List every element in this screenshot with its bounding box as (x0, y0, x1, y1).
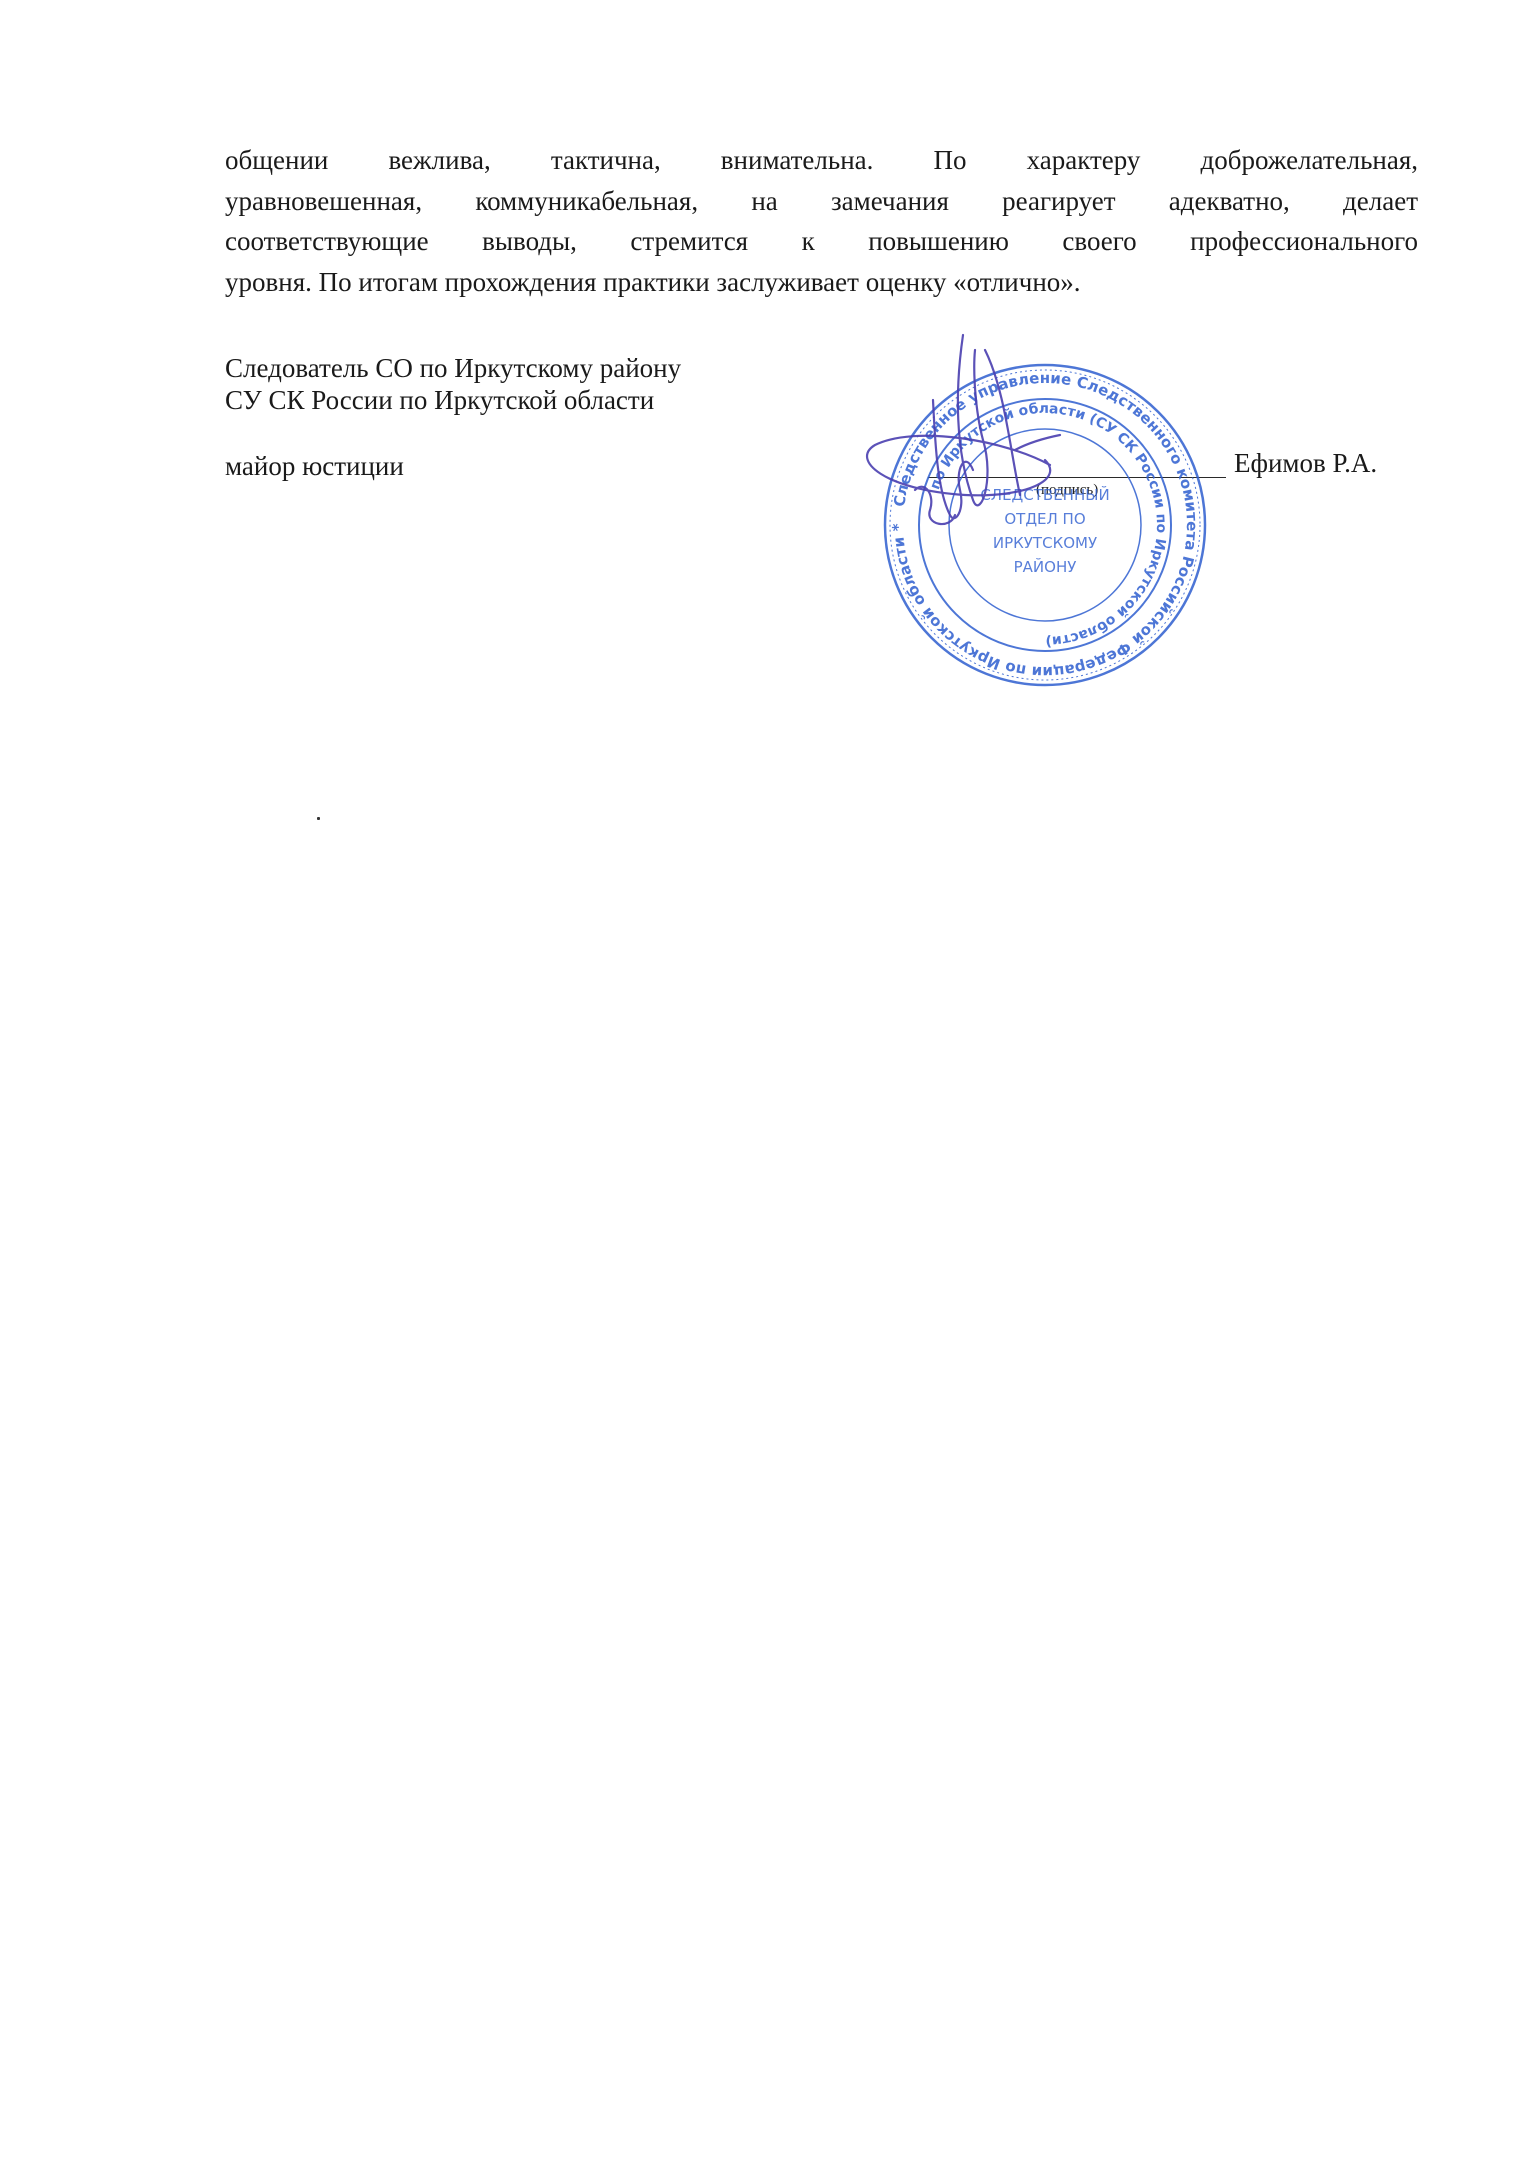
signatory-position-line1: Следователь СО по Иркутскому району (225, 352, 681, 384)
paragraph-line: уровня. По итогам прохождения практики з… (225, 262, 1418, 303)
scan-speck (317, 817, 320, 820)
paragraph-line: уравновешенная, коммуникабельная, на зам… (225, 181, 1418, 222)
paragraph-line: общении вежлива, тактична, внимательна. … (225, 140, 1418, 181)
handwritten-signature-icon (855, 330, 1115, 580)
signatory-rank: майор юстиции (225, 450, 404, 482)
signatory-name: Ефимов Р.А. (1234, 447, 1377, 479)
paragraph-line: соответствующие выводы, стремится к повы… (225, 221, 1418, 262)
document-page: общении вежлива, тактична, внимательна. … (0, 0, 1519, 2159)
characteristic-paragraph: общении вежлива, тактична, внимательна. … (225, 140, 1418, 302)
signatory-position-line2: СУ СК России по Иркутской области (225, 384, 654, 416)
